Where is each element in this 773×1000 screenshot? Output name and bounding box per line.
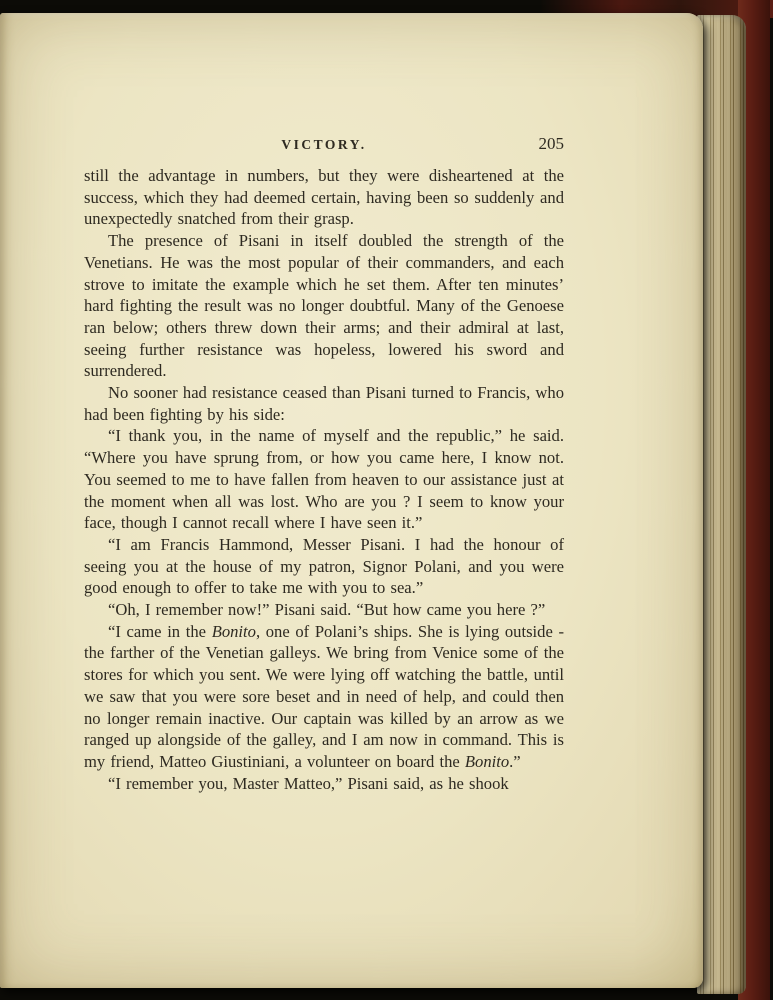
paragraph: The presence of Pisani in itself doubled… <box>84 230 564 382</box>
italic-text: Bonito <box>212 622 256 641</box>
body-text: still the advantage in numbers, but they… <box>84 166 564 228</box>
book-page: VICTORY. 205 still the advantage in numb… <box>0 13 703 988</box>
paragraph: “I am Francis Hammond, Messer Pisani. I … <box>84 534 564 599</box>
italic-text: Bonito <box>465 752 509 771</box>
paragraph: “I thank you, in the name of myself and … <box>84 425 564 534</box>
page-stack-fore-edge <box>697 15 746 994</box>
body-text: No sooner had resistance ceased than Pis… <box>84 383 564 424</box>
body-text: .” <box>509 752 521 771</box>
page-number: 205 <box>539 134 565 154</box>
body-text: The presence of Pisani in itself doubled… <box>84 231 564 380</box>
body-text: “I am Francis Hammond, Messer Pisani. I … <box>84 535 564 597</box>
book-photo: VICTORY. 205 still the advantage in numb… <box>0 0 773 1000</box>
body-text: “I came in the <box>108 622 212 641</box>
running-header: VICTORY. 205 <box>84 134 564 154</box>
paragraph: still the advantage in numbers, but they… <box>84 165 564 230</box>
body-text: “I thank you, in the name of myself and … <box>84 426 564 532</box>
paragraph: “I came in the Bonito, one of Polani’s s… <box>84 621 564 773</box>
page-text: still the advantage in numbers, but they… <box>84 165 564 794</box>
paragraph: “Oh, I remember now!” Pisani said. “But … <box>84 599 564 621</box>
body-text: “Oh, I remember now!” Pisani said. “But … <box>108 600 545 619</box>
running-title: VICTORY. <box>281 137 366 153</box>
body-text: “I remember you, Master Matteo,” Pisani … <box>108 774 509 793</box>
paragraph: No sooner had resistance ceased than Pis… <box>84 382 564 425</box>
paragraph: “I remember you, Master Matteo,” Pisani … <box>84 773 564 795</box>
body-text: , one of Polani’s ships. She is lying ou… <box>84 622 564 771</box>
